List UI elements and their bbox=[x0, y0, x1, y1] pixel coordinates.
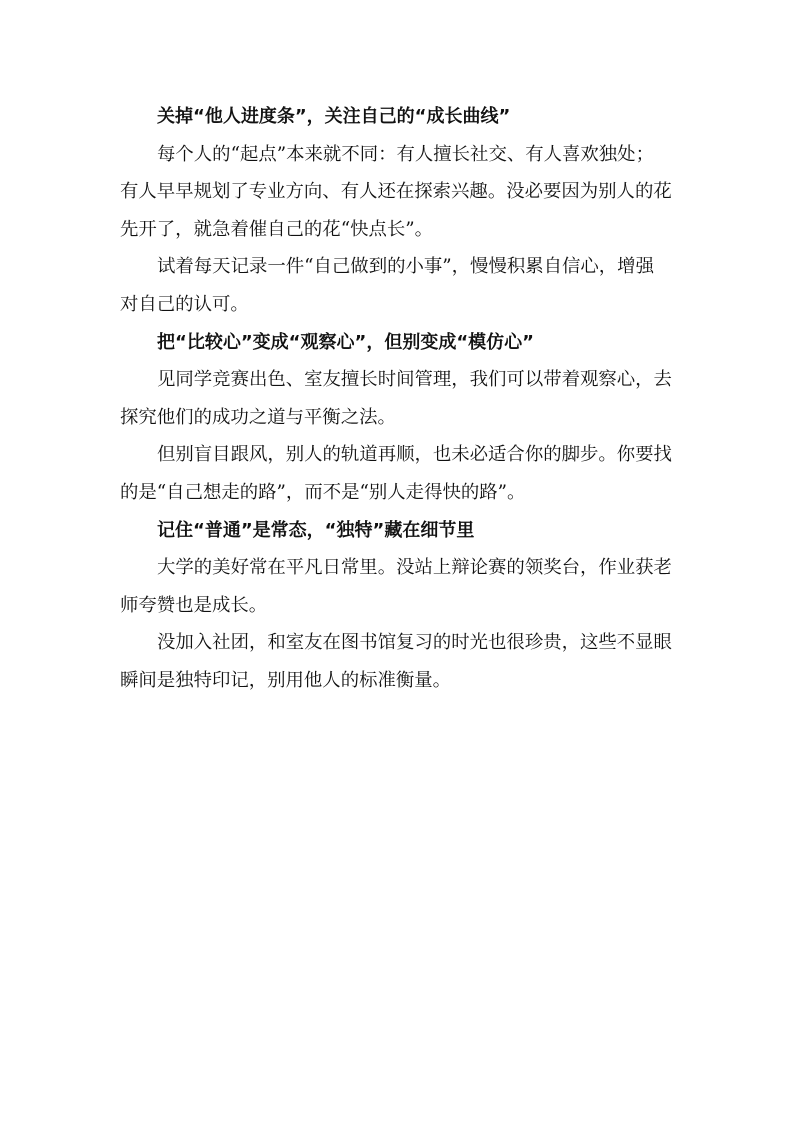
paragraph: 但别盲目跟风，别人的轨道再顺，也未必适合你的脚步。你要找 的是“自己想走的路”，… bbox=[120, 440, 680, 515]
paragraph: 试着每天记录一件“自己做到的小事”，慢慢积累自信心，增强 对自己的认可。 bbox=[120, 252, 680, 327]
document-page: 关掉“他人进度条”，关注自己的“成长曲线” 每个人的“起点”本来就不同：有人擅长… bbox=[120, 102, 680, 704]
paragraph: 每个人的“起点”本来就不同：有人擅长社交、有人喜欢独处； 有人早早规划了专业方向… bbox=[120, 140, 680, 253]
paragraph-line: 大学的美好常在平凡日常里。没站上辩论赛的领奖台，作业获老 bbox=[120, 553, 680, 591]
paragraph-line: 探究他们的成功之道与平衡之法。 bbox=[120, 403, 680, 441]
paragraph-line: 见同学竞赛出色、室友擅长时间管理，我们可以带着观察心，去 bbox=[120, 365, 680, 403]
paragraph-line: 有人早早规划了专业方向、有人还在探索兴趣。没必要因为别人的花 bbox=[120, 177, 680, 215]
paragraph-line: 对自己的认可。 bbox=[120, 290, 680, 328]
paragraph: 没加入社团，和室友在图书馆复习的时光也很珍贵，这些不显眼 瞬间是独特印记，别用他… bbox=[120, 628, 680, 703]
paragraph-line: 但别盲目跟风，别人的轨道再顺，也未必适合你的脚步。你要找 bbox=[120, 440, 680, 478]
paragraph-line: 每个人的“起点”本来就不同：有人擅长社交、有人喜欢独处； bbox=[120, 140, 680, 178]
section-heading: 记住“普通”是常态，“独特”藏在细节里 bbox=[120, 516, 680, 554]
paragraph: 见同学竞赛出色、室友擅长时间管理，我们可以带着观察心，去 探究他们的成功之道与平… bbox=[120, 365, 680, 440]
section-heading: 关掉“他人进度条”，关注自己的“成长曲线” bbox=[120, 102, 680, 140]
section-heading: 把“比较心”变成“观察心”，但别变成“模仿心” bbox=[120, 328, 680, 366]
paragraph-line: 没加入社团，和室友在图书馆复习的时光也很珍贵，这些不显眼 bbox=[120, 628, 680, 666]
paragraph-line: 瞬间是独特印记，别用他人的标准衡量。 bbox=[120, 666, 680, 704]
paragraph-line: 先开了，就急着催自己的花“快点长”。 bbox=[120, 215, 680, 253]
paragraph-line: 师夸赞也是成长。 bbox=[120, 591, 680, 629]
paragraph-line: 试着每天记录一件“自己做到的小事”，慢慢积累自信心，增强 bbox=[120, 252, 680, 290]
paragraph-line: 的是“自己想走的路”，而不是“别人走得快的路”。 bbox=[120, 478, 680, 516]
paragraph: 大学的美好常在平凡日常里。没站上辩论赛的领奖台，作业获老 师夸赞也是成长。 bbox=[120, 553, 680, 628]
